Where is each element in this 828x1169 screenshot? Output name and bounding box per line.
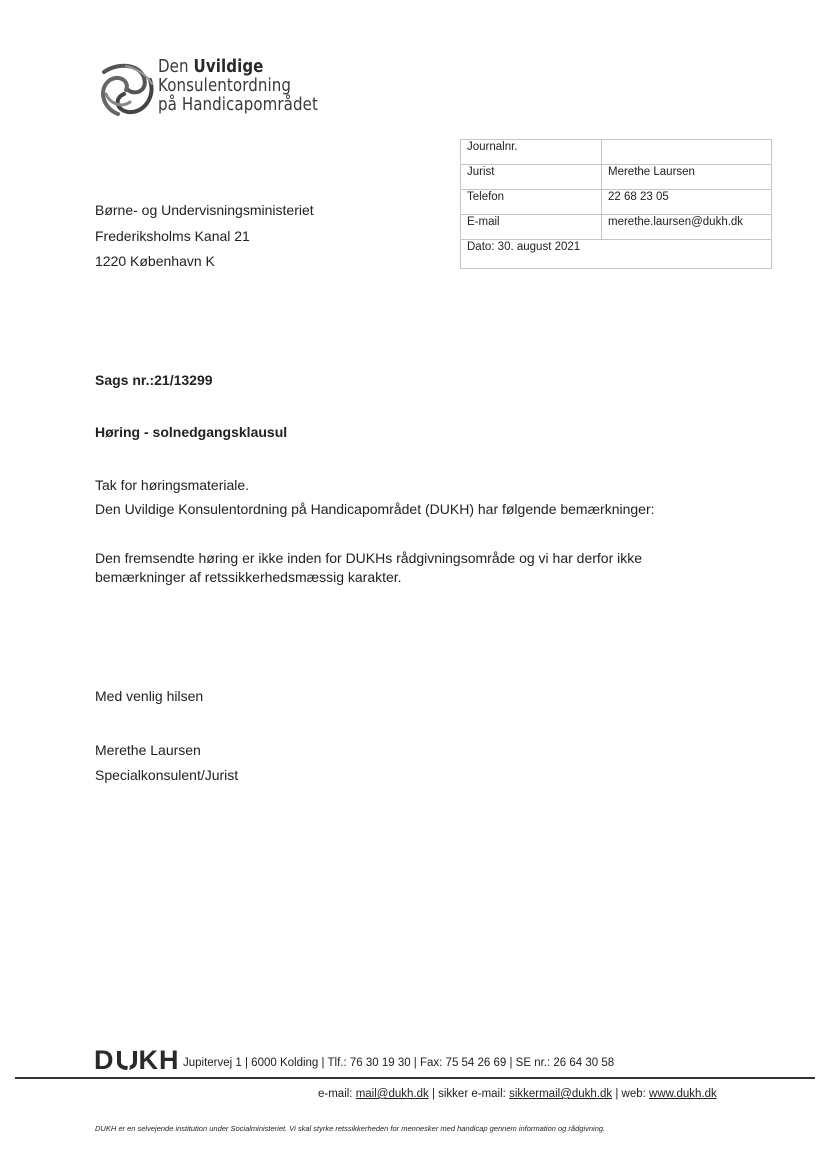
signer-title: Specialkonsulent/Jurist bbox=[95, 763, 238, 788]
footer-note: DUKH er en selvejende institution under … bbox=[95, 1124, 605, 1133]
swirl-logo-icon bbox=[96, 58, 158, 120]
recipient-address: Børne- og Undervisningsministeriet Frede… bbox=[95, 198, 314, 275]
dukh-logo-kh: KH bbox=[139, 1045, 180, 1076]
org-name-line2: Konsulentordning bbox=[158, 77, 318, 96]
org-name-prefix: Den bbox=[158, 57, 189, 77]
signature-block: Merethe Laursen Specialkonsulent/Jurist bbox=[95, 738, 238, 788]
case-info-table: Journalnr. Jurist Merethe Laursen Telefo… bbox=[460, 139, 772, 269]
recipient-name: Børne- og Undervisningsministeriet bbox=[95, 198, 314, 224]
date-cell: Dato: 30. august 2021 bbox=[461, 240, 772, 269]
website-link[interactable]: www.dukh.dk bbox=[649, 1088, 717, 1100]
thanks-line: Tak for høringsmateriale. bbox=[95, 473, 655, 497]
table-row: E-mail merethe.laursen@dukh.dk bbox=[461, 215, 772, 240]
lawyer-value: Merethe Laursen bbox=[602, 165, 772, 190]
letterhead-logo: Den Uvildige Konsulentordning på Handica… bbox=[96, 56, 326, 126]
dukh-u-figure-icon bbox=[116, 1048, 138, 1074]
lawyer-label: Jurist bbox=[461, 165, 602, 190]
secure-email-label-text: | sikker e-mail: bbox=[429, 1088, 509, 1100]
table-row: Telefon 22 68 23 05 bbox=[461, 190, 772, 215]
signer-name: Merethe Laursen bbox=[95, 738, 238, 763]
recipient-street: Frederiksholms Kanal 21 bbox=[95, 224, 314, 250]
email-value: merethe.laursen@dukh.dk bbox=[602, 215, 772, 240]
table-row: Jurist Merethe Laursen bbox=[461, 165, 772, 190]
table-row: Journalnr. bbox=[461, 140, 772, 165]
phone-label: Telefon bbox=[461, 190, 602, 215]
phone-value: 22 68 23 05 bbox=[602, 190, 772, 215]
recipient-city: 1220 København K bbox=[95, 249, 314, 275]
remark-paragraph: Den fremsendte høring er ikke inden for … bbox=[95, 549, 695, 587]
web-label-text: | web: bbox=[612, 1088, 649, 1100]
organization-name: Den Uvildige Konsulentordning på Handica… bbox=[158, 58, 318, 115]
table-row: Dato: 30. august 2021 bbox=[461, 240, 772, 269]
journal-number-label: Journalnr. bbox=[461, 140, 602, 165]
dukh-footer-logo: D KH bbox=[94, 1045, 180, 1076]
footer-address: Jupitervej 1 | 6000 Kolding | Tlf.: 76 3… bbox=[183, 1057, 614, 1069]
letter-subject: Høring - solnedgangsklausul bbox=[95, 424, 287, 440]
journal-number-value bbox=[602, 140, 772, 165]
org-name-bold: Uvildige bbox=[194, 57, 264, 77]
footer-contact: e-mail: mail@dukh.dk | sikker e-mail: si… bbox=[318, 1088, 717, 1100]
dukh-logo-d: D bbox=[94, 1045, 115, 1076]
secure-email-link[interactable]: sikkermail@dukh.dk bbox=[509, 1088, 612, 1100]
case-number: Sags nr.:21/13299 bbox=[95, 372, 213, 388]
email-label: E-mail bbox=[461, 215, 602, 240]
email-link[interactable]: mail@dukh.dk bbox=[356, 1088, 429, 1100]
intro-paragraph: Tak for høringsmateriale. Den Uvildige K… bbox=[95, 473, 655, 521]
intro-line: Den Uvildige Konsulentordning på Handica… bbox=[95, 497, 655, 521]
org-name-line3: på Handicapområdet bbox=[158, 96, 318, 115]
email-label-text: e-mail: bbox=[318, 1088, 356, 1100]
closing-greeting: Med venlig hilsen bbox=[95, 688, 203, 704]
footer-divider bbox=[15, 1077, 815, 1079]
